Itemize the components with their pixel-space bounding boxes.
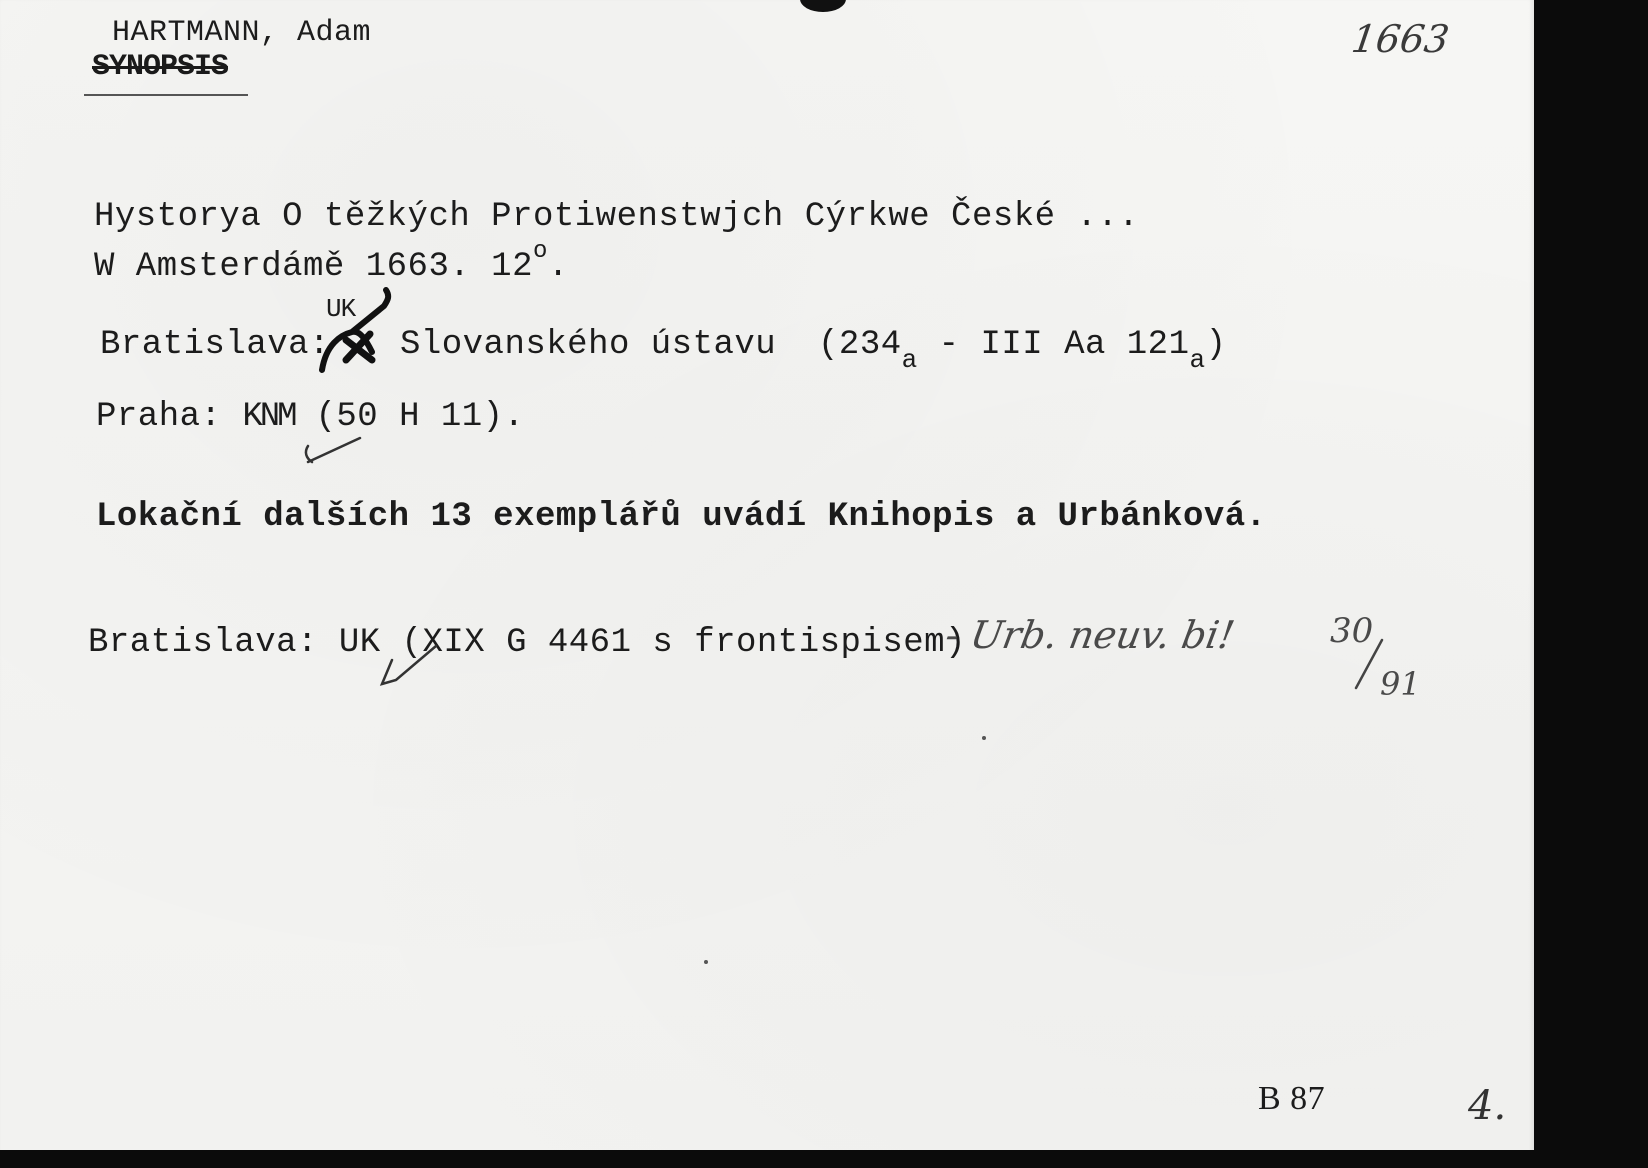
- card-number: B 87: [1258, 1082, 1325, 1116]
- heading-underline: [84, 94, 248, 96]
- catalog-card: HARTMANN, Adam SYNOPSIS 1663 Hystorya O …: [0, 0, 1534, 1158]
- title-line: Hystorya O těžkých Protiwenstwjch Cýrkwe…: [94, 200, 1139, 234]
- author-heading: HARTMANN, Adam: [112, 18, 371, 48]
- shelfmark-close: ): [1206, 326, 1227, 364]
- holding-city: Praha:: [96, 398, 221, 436]
- shelfmark-open: (234: [818, 326, 902, 364]
- struck-out-subject-text: SYNOPSIS: [92, 50, 228, 84]
- shelfmark-mid: - III Aa 121: [918, 326, 1190, 364]
- imprint-end: .: [548, 248, 569, 286]
- holding-praha-line: Praha: KNM (50 H 11).: [96, 400, 525, 434]
- holding-shelfmark: (50 H 11).: [315, 398, 524, 436]
- inserted-note-uk: UK: [326, 296, 355, 322]
- imprint-line: W Amsterdámě 1663. 12o.: [94, 250, 569, 284]
- scan-artifact-blot: [800, 0, 846, 12]
- locations-note: Lokační dalších 13 exemplářů uvádí Kniho…: [96, 500, 1267, 534]
- holding-institution: Slovanského ústavu: [400, 326, 776, 364]
- scan-bottom-edge: [0, 1150, 1648, 1168]
- scanned-catalog-card-scene: HARTMANN, Adam SYNOPSIS 1663 Hystorya O …: [0, 0, 1648, 1168]
- handwritten-date-top: 30: [1330, 614, 1373, 648]
- added-holding-line: Bratislava: UK (XIX G 4461 s frontispise…: [88, 626, 966, 660]
- handwritten-sequence-number: 4.: [1468, 1086, 1506, 1126]
- imprint-degree: o: [533, 238, 548, 265]
- handwritten-year: 1663: [1349, 20, 1451, 58]
- holding-city: Bratislava:: [100, 326, 330, 364]
- holding-bratislava-line: Bratislava:Slovanského ústavu (234a - II…: [100, 328, 1227, 362]
- handwritten-date-bottom: 91: [1380, 668, 1421, 700]
- holding-institution: KNM: [242, 398, 294, 436]
- handwritten-annotation: - Urb. neuv. bi!: [943, 616, 1238, 654]
- shelfmark-sub-1: a: [902, 345, 918, 375]
- shelfmark-sub-2: a: [1190, 345, 1206, 375]
- struck-out-subject: SYNOPSIS: [92, 52, 228, 82]
- imprint-text: W Amsterdámě 1663. 12: [94, 248, 533, 286]
